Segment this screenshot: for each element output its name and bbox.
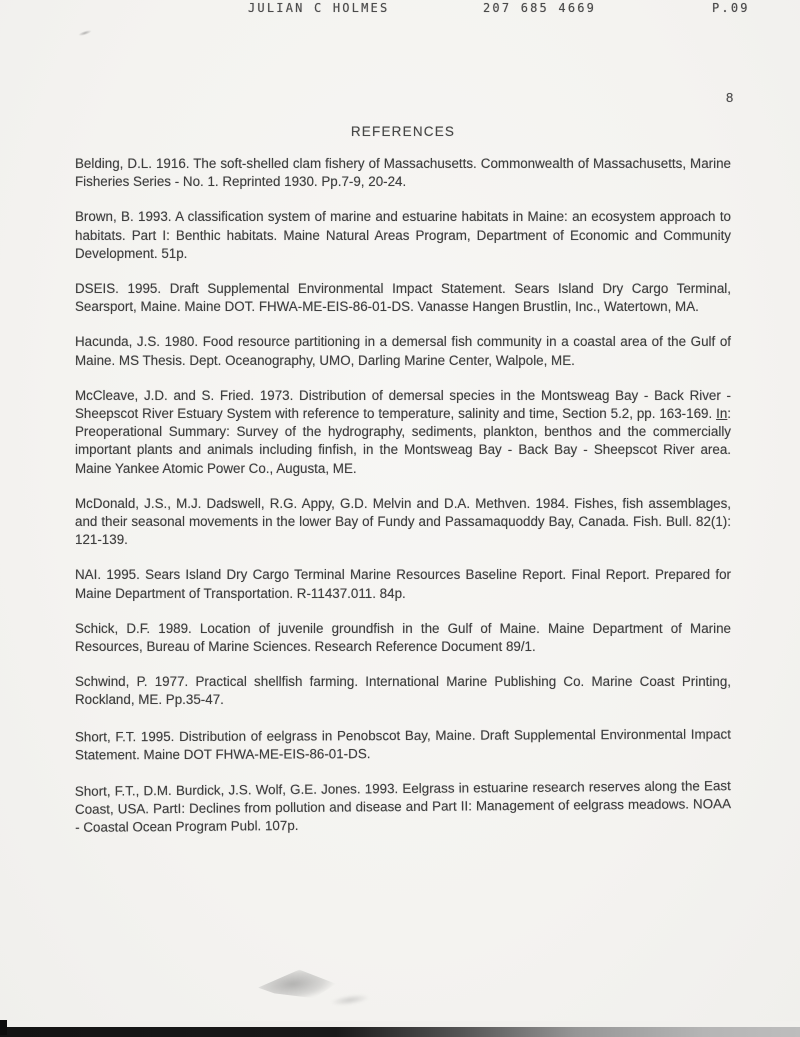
scan-bottom-edge <box>0 1027 800 1037</box>
page-number: 8 <box>726 90 733 105</box>
scan-bottom-corner-mark <box>0 1020 7 1035</box>
reference-item-short-1993: Short, F.T., D.M. Burdick, J.S. Wolf, G.… <box>75 777 731 837</box>
reference-item-mccleave-1973: McCleave, J.D. and S. Fried. 1973. Distr… <box>75 387 731 478</box>
reference-item-mcdonald-1984: McDonald, J.S., M.J. Dadswell, R.G. Appy… <box>75 495 731 550</box>
reference-item-belding-1916: Belding, D.L. 1916. The soft-shelled cla… <box>75 155 731 191</box>
reference-item-hacunda-1980: Hacunda, J.S. 1980. Food resource partit… <box>75 333 731 369</box>
fax-phone-number: 207 685 4669 <box>483 1 596 15</box>
scan-artifact-mark <box>78 29 93 37</box>
fax-header: JULIAN C HOLMES 207 685 4669 P.09 <box>0 1 800 15</box>
references-list: Belding, D.L. 1916. The soft-shelled cla… <box>75 155 731 835</box>
reference-item-schick-1989: Schick, D.F. 1989. Location of juvenile … <box>75 620 731 656</box>
scan-smudge-tail <box>329 992 370 1007</box>
reference-item-brown-1993: Brown, B. 1993. A classification system … <box>75 208 731 263</box>
scan-smudge <box>257 966 338 1004</box>
fax-page-code: P.09 <box>712 1 750 15</box>
scanned-fax-page: JULIAN C HOLMES 207 685 4669 P.09 8 REFE… <box>0 0 800 1037</box>
reference-item-short-1995: Short, F.T. 1995. Distribution of eelgra… <box>75 725 731 764</box>
reference-item-dseis-1995: DSEIS. 1995. Draft Supplemental Environm… <box>75 280 731 316</box>
references-title: REFERENCES <box>75 124 731 139</box>
reference-in-underlined: In <box>716 406 727 421</box>
fax-sender-name: JULIAN C HOLMES <box>248 1 389 15</box>
reference-text-before-in: McCleave, J.D. and S. Fried. 1973. Distr… <box>75 388 731 421</box>
reference-item-schwind-1977: Schwind, P. 1977. Practical shellfish fa… <box>75 673 731 709</box>
reference-item-nai-1995: NAI. 1995. Sears Island Dry Cargo Termin… <box>75 566 731 602</box>
